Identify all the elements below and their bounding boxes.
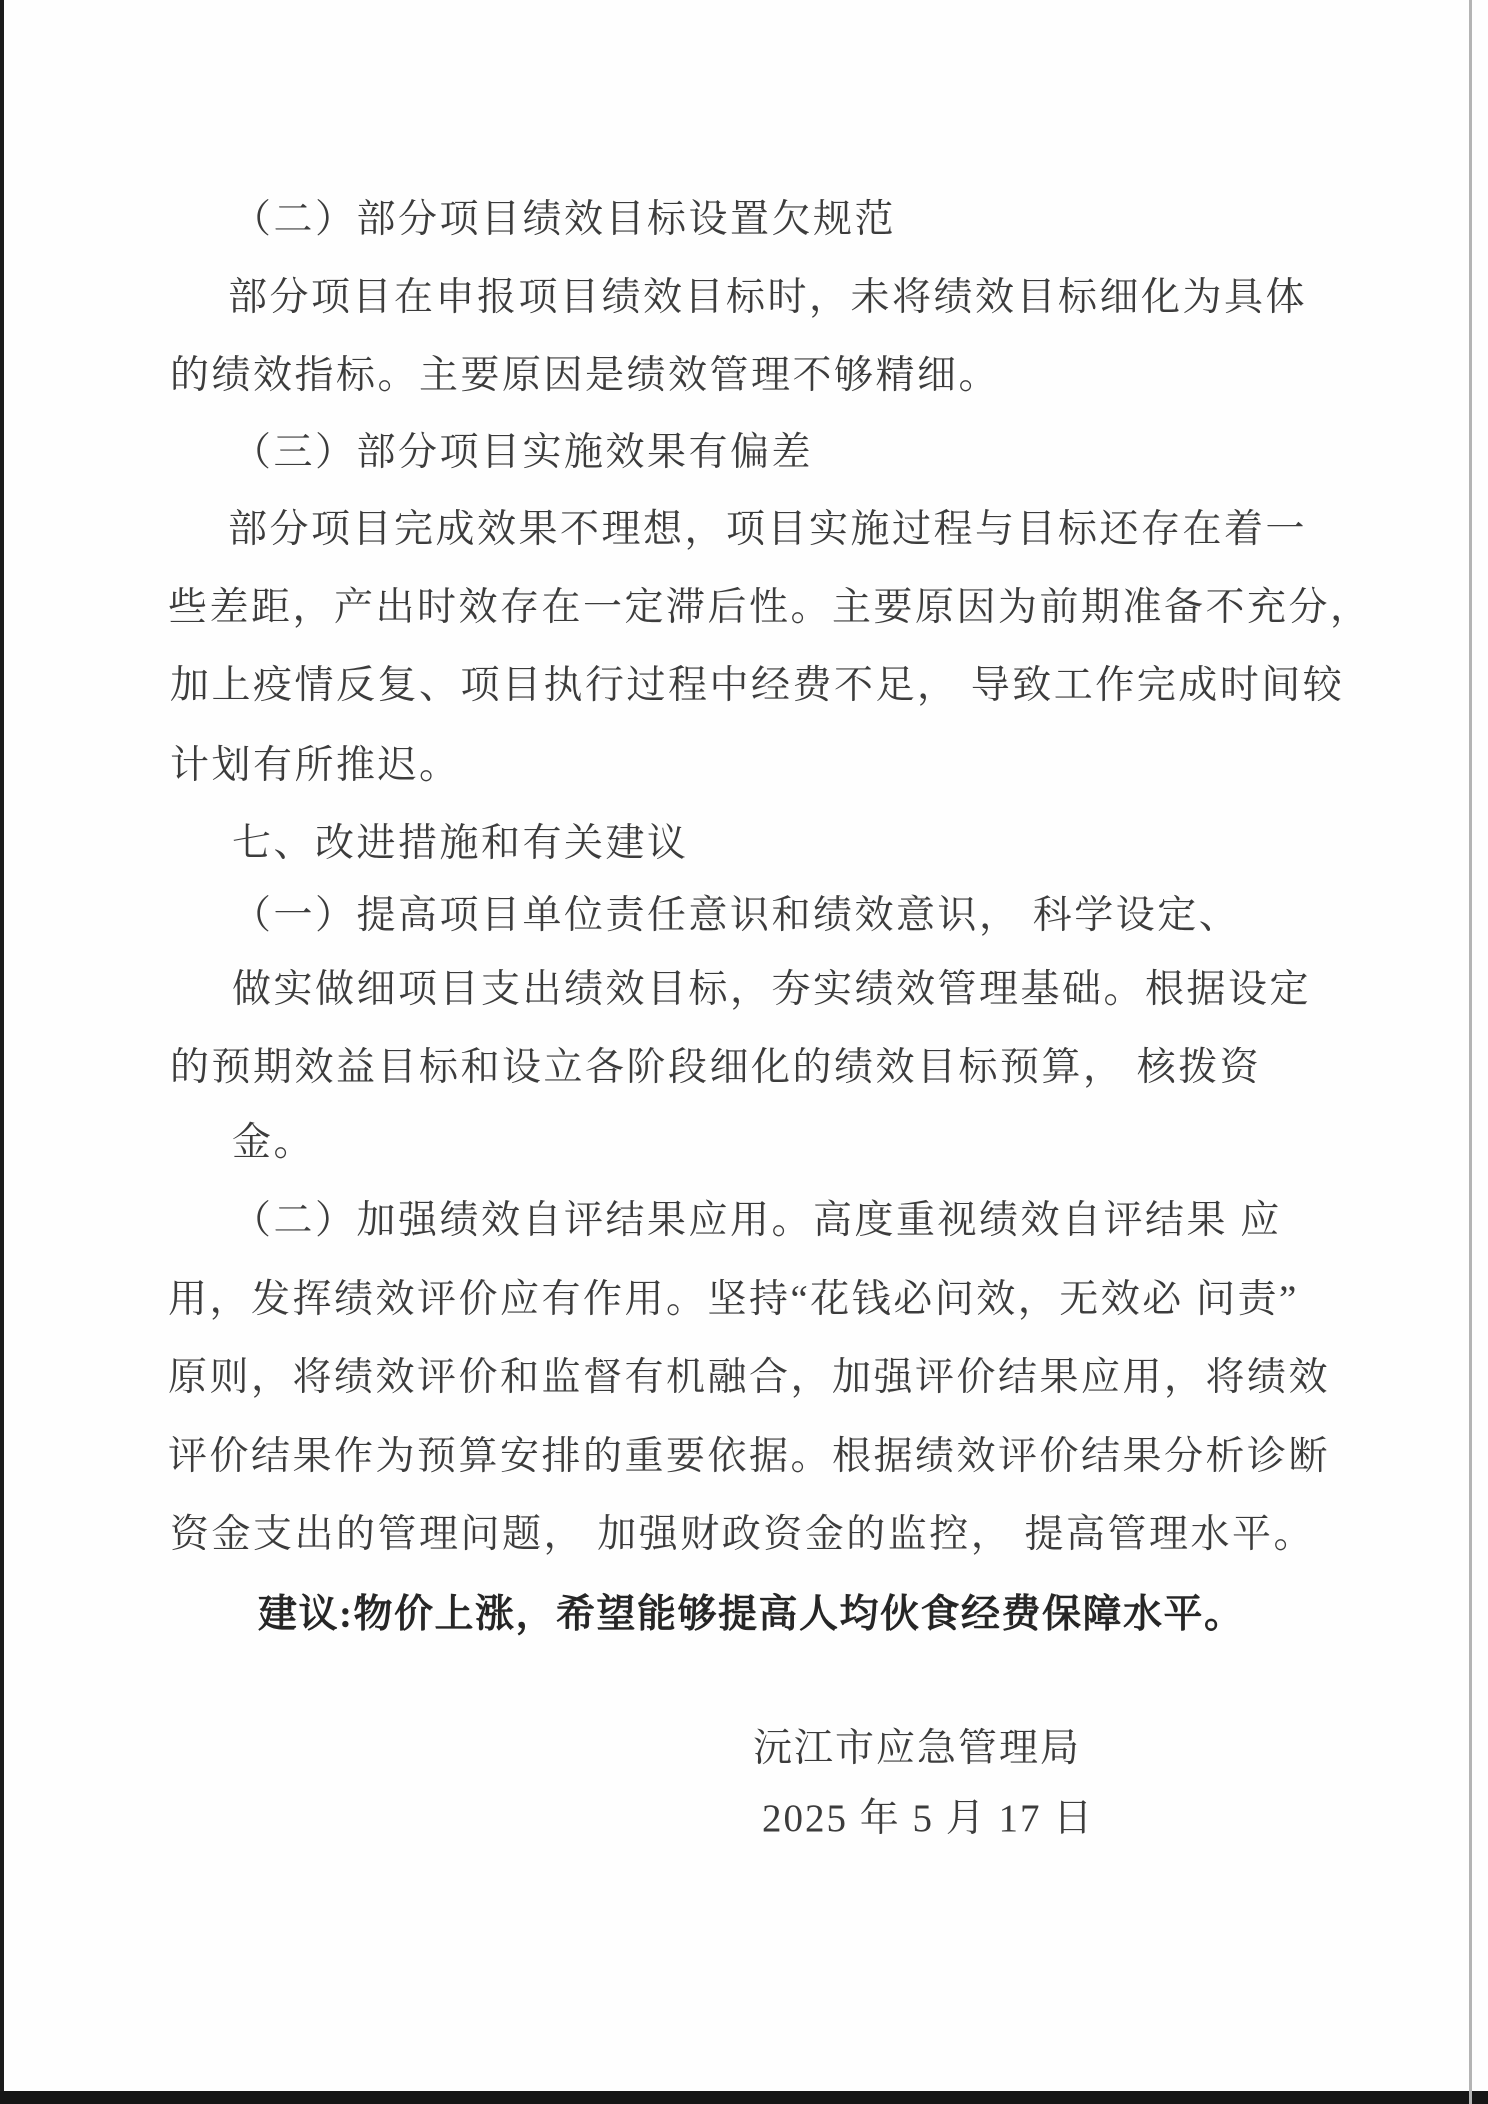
doc-line: （二）加强绩效自评结果应用。高度重视绩效自评结果 应: [232, 1201, 1282, 1240]
doc-line: 些差距，产出时效存在一定滞后性。主要原因为前期准备不充分，: [168, 588, 1372, 627]
doc-line: 用，发挥绩效评价应有作用。坚持“花钱必问效，无效必 问责”: [168, 1280, 1299, 1319]
signature-date: 2025 年 5 月 17 日: [762, 1799, 1094, 1838]
section-heading: 七、改进措施和有关建议: [232, 824, 689, 863]
page-edge-bottom-artifact: [0, 2091, 1488, 2104]
doc-line: 部分项目完成效果不理想，项目实施过程与目标还存在着一: [228, 510, 1307, 549]
doc-line: 的绩效指标。主要原因是绩效管理不够精细。: [170, 356, 1000, 395]
doc-line: 加上疫情反复、项目执行过程中经费不足， 导致工作完成时间较: [170, 666, 1344, 705]
doc-line: 金。: [232, 1123, 315, 1162]
document-page: （二）部分项目绩效目标设置欠规范 部分项目在申报项目绩效目标时，未将绩效目标细化…: [0, 0, 1488, 2104]
doc-line: 的预期效益目标和设立各阶段细化的绩效目标预算， 核拨资: [170, 1048, 1261, 1087]
doc-line: 评价结果作为预算安排的重要依据。根据绩效评价结果分析诊断: [168, 1437, 1330, 1476]
suggestion-line: 建议:物价上涨，希望能够提高人均伙食经费保障水平。: [258, 1595, 1245, 1634]
doc-line: （二）部分项目绩效目标设置欠规范: [232, 200, 896, 239]
doc-line: （三）部分项目实施效果有偏差: [232, 433, 813, 472]
doc-line: 资金支出的管理问题， 加强财政资金的监控， 提高管理水平。: [170, 1515, 1315, 1554]
page-edge-right-rule: [1469, 0, 1472, 2104]
signature-org: 沅江市应急管理局: [753, 1729, 1081, 1768]
doc-line: 计划有所推迟。: [170, 746, 461, 785]
doc-line: 做实做细项目支出绩效目标，夯实绩效管理基础。根据设定: [232, 970, 1311, 1009]
doc-line: 部分项目在申报项目绩效目标时，未将绩效目标细化为具体: [228, 278, 1307, 317]
doc-line: （一）提高项目单位责任意识和绩效意识， 科学设定、: [232, 896, 1240, 935]
page-edge-left-artifact: [0, 0, 4, 2104]
doc-line: 原则，将绩效评价和监督有机融合，加强评价结果应用，将绩效: [168, 1358, 1330, 1397]
